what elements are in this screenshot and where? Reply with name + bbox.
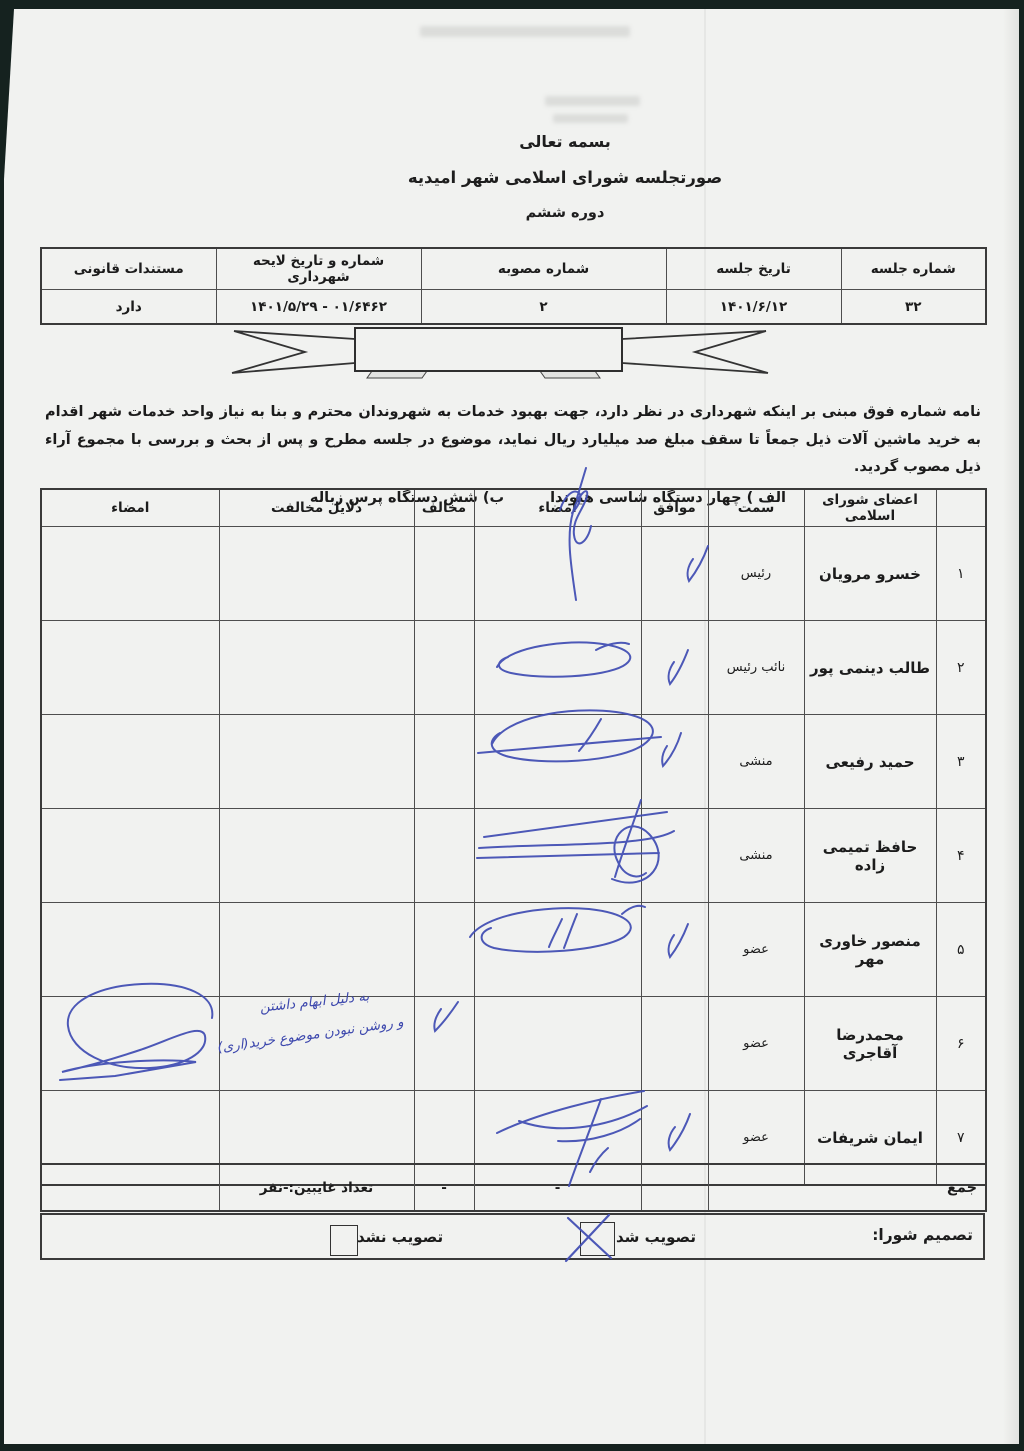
session-number-header: شماره جلسه bbox=[841, 248, 986, 290]
signature-header: امضاء bbox=[474, 489, 641, 527]
bill-number-date-value: ۰۱/۶۴۶۲ - ۱۴۰۱/۵/۲۹ bbox=[216, 290, 421, 325]
session-date-header: تاریخ جلسه bbox=[666, 248, 841, 290]
members-vote-table: اعضای شورای اسلامی سمت موافق امضاء مخالف… bbox=[40, 488, 987, 1186]
document-title: صورتجلسه شورای اسلامی شهر امیدیه bbox=[105, 168, 1024, 187]
sum-oppose-cell: - bbox=[414, 1164, 474, 1211]
council-decision-row: تصمیم شورا: تصویب شد تصویب نشد bbox=[40, 1213, 985, 1260]
sum-label: جمع bbox=[708, 1164, 986, 1211]
approved-checkbox bbox=[580, 1222, 615, 1256]
bismillah-text: بسمه تعالی bbox=[105, 132, 1024, 151]
agree-header: موافق bbox=[641, 489, 708, 527]
photocopy-smudge bbox=[545, 96, 640, 106]
member-row: ۱ خسرو مرویان رئیس bbox=[41, 527, 986, 621]
session-number-value: ۳۲ bbox=[841, 290, 986, 325]
sum-row-table: جمع - - تعداد غایبین:-نفر bbox=[40, 1163, 987, 1212]
member-row: ۳ حمید رفیعی منشی bbox=[41, 715, 986, 809]
sum-signature-cell: - bbox=[474, 1164, 641, 1211]
absentees-count: تعداد غایبین:-نفر bbox=[219, 1164, 414, 1211]
photocopy-smudge bbox=[553, 114, 628, 123]
legal-docs-value: دارد bbox=[41, 290, 216, 325]
member-row: ۵ منصور خاوری مهر عضو bbox=[41, 903, 986, 997]
resolution-number-value: ۲ bbox=[421, 290, 666, 325]
resolution-body: نامه شماره فوق مبنی بر اینکه شهرداری در … bbox=[45, 399, 981, 482]
members-header: اعضای شورای اسلامی bbox=[804, 489, 936, 527]
scanned-council-minutes-page: { "header": { "bismillah": "بسمه تعالی",… bbox=[0, 0, 1024, 1451]
member-row: ۶ محمدرضا آقاجری عضو bbox=[41, 997, 986, 1091]
sum-agree-cell bbox=[641, 1164, 708, 1211]
position-header: سمت bbox=[708, 489, 804, 527]
member-row: ۴ حافظ تمیمی زاده منشی bbox=[41, 809, 986, 903]
session-info-table: شماره جلسه تاریخ جلسه شماره مصوبه شماره … bbox=[40, 247, 987, 325]
bill-number-date-header: شماره و تاریخ لایحه شهرداری bbox=[216, 248, 421, 290]
rejected-checkbox bbox=[330, 1225, 358, 1256]
scan-edge-shadow bbox=[1003, 9, 1019, 1444]
legal-docs-header: مستندات قانونی bbox=[41, 248, 216, 290]
oppose-reasons-header: دلایل مخالفت bbox=[219, 489, 414, 527]
oppose-header: مخالف bbox=[414, 489, 474, 527]
sum-signature2-cell bbox=[41, 1164, 219, 1211]
decision-label: تصمیم شورا: bbox=[872, 1226, 973, 1244]
council-term: دوره ششم bbox=[105, 205, 1024, 221]
ribbon-banner-graphic bbox=[222, 320, 778, 386]
approved-label: تصویب شد bbox=[616, 1228, 696, 1246]
resolution-number-header: شماره مصوبه bbox=[421, 248, 666, 290]
member-row: ۲ طالب دینمی پور نائب رئیس bbox=[41, 621, 986, 715]
session-date-value: ۱۴۰۱/۶/۱۲ bbox=[666, 290, 841, 325]
photocopy-smudge bbox=[420, 26, 630, 37]
rejected-label: تصویب نشد bbox=[357, 1228, 443, 1246]
row-number-header bbox=[936, 489, 986, 527]
signature2-header: امضاء bbox=[41, 489, 219, 527]
